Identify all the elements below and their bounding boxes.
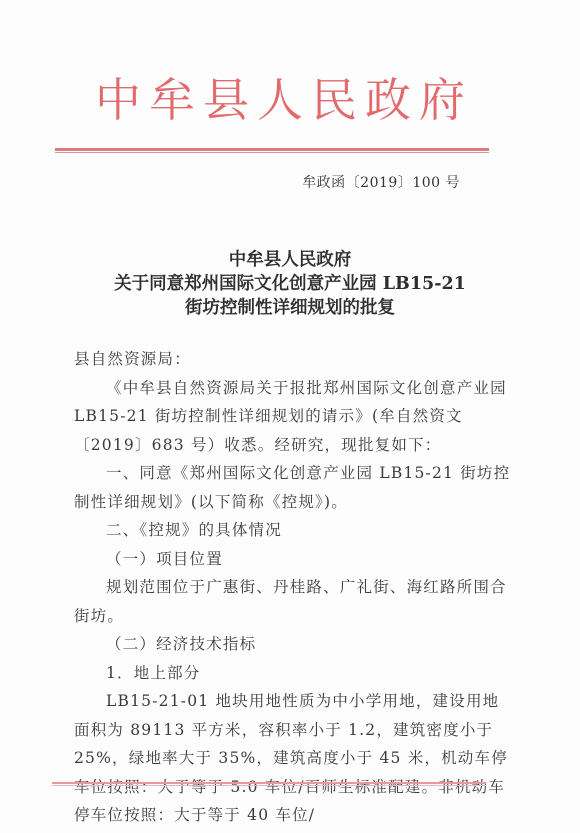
document-body: 县自然资源局： 《中牟县自然资源局关于报批郑州国际文化创意产业园 LB15-21… (74, 345, 514, 830)
body-paragraph: 规划范围位于广惠街、丹桂路、广礼街、海红路所围合街坊。 (74, 573, 514, 630)
red-header-rule (55, 148, 489, 151)
masthead-char: 人 (257, 72, 303, 128)
document-number: 牟政函〔2019〕100 号 (302, 172, 460, 192)
red-footer-rule (52, 782, 486, 784)
subsection-heading: （一）项目位置 (74, 545, 514, 574)
document-title: 中牟县人民政府 关于同意郑州国际文化创意产业园 LB15-21 街坊控制性详细规… (0, 248, 580, 320)
title-line-2: 关于同意郑州国际文化创意产业园 LB15-21 (0, 272, 580, 296)
item-heading: 1．地上部分 (74, 659, 514, 688)
body-paragraph: 《中牟县自然资源局关于报批郑州国际文化创意产业园 LB15-21 街坊控制性详细… (74, 374, 514, 460)
masthead-char: 政 (365, 72, 411, 128)
masthead-char: 中 (95, 72, 141, 128)
section-heading: 二、《控规》的具体情况 (74, 516, 514, 545)
masthead-char: 县 (203, 72, 249, 128)
title-line-3: 街坊控制性详细规划的批复 (0, 296, 580, 320)
masthead-char: 民 (311, 72, 357, 128)
masthead-title: 中 牟 县 人 民 政 府 (95, 72, 465, 128)
masthead-char: 牟 (149, 72, 195, 128)
document-page: 中 牟 县 人 民 政 府 牟政函〔2019〕100 号 中牟县人民政府 关于同… (0, 0, 580, 833)
masthead-char: 府 (419, 72, 465, 128)
body-paragraph: 一、同意《郑州国际文化创意产业园 LB15-21 街坊控制性详细规划》(以下简称… (74, 459, 514, 516)
title-line-1: 中牟县人民政府 (0, 248, 580, 272)
body-paragraph: LB15-21-01 地块用地性质为中小学用地，建设用地面积为 89113 平方… (74, 687, 514, 830)
subsection-heading: （二）经济技术指标 (74, 630, 514, 659)
addressee: 县自然资源局： (74, 345, 514, 374)
